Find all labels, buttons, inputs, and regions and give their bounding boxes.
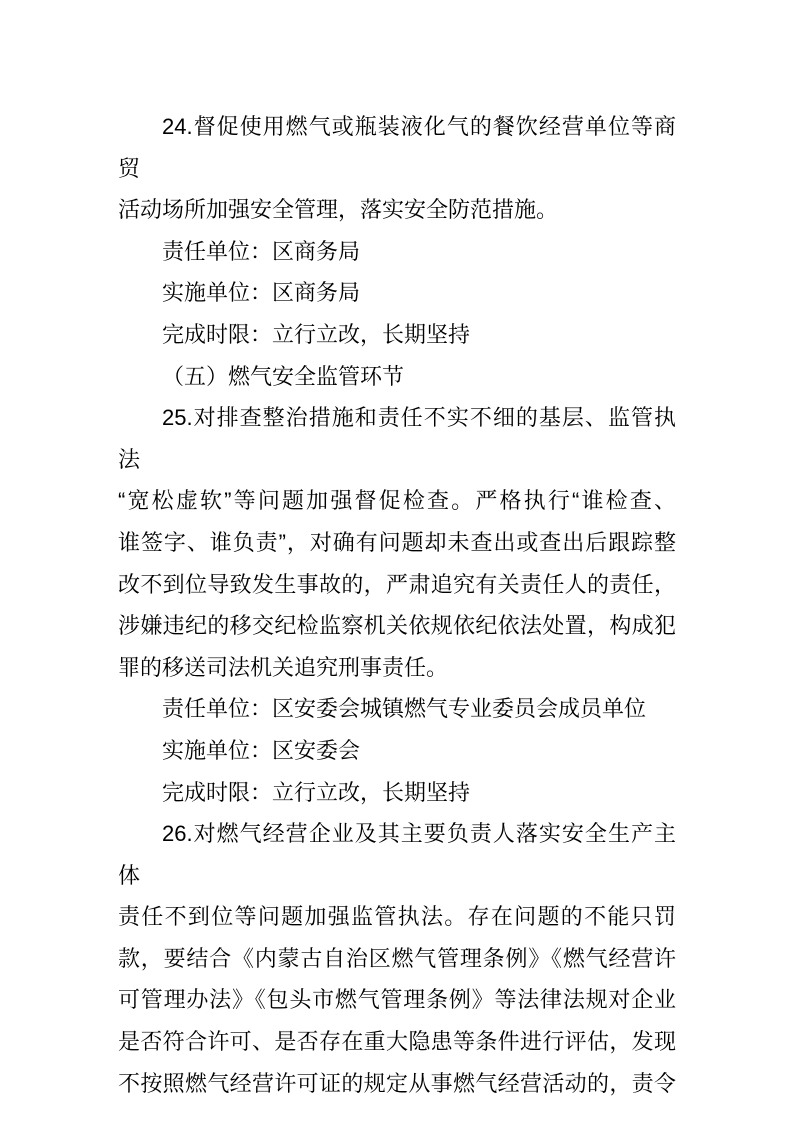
item-24-deadline: 完成时限：立行立改，长期坚持 bbox=[118, 314, 676, 356]
item-24-responsible-unit: 责任单位：区商务局 bbox=[118, 231, 676, 273]
item-25-line-5: 涉嫌违纪的移交纪检监察机关依规依纪依法处置，构成犯 bbox=[118, 605, 676, 647]
item-26-line-2: 责任不到位等问题加强监管执法。存在问题的不能只罚 bbox=[118, 896, 676, 938]
item-25-deadline: 完成时限：立行立改，长期坚持 bbox=[118, 772, 676, 814]
item-25-line-4: 改不到位导致发生事故的，严肃追究有关责任人的责任， bbox=[118, 564, 676, 606]
item-24-implementing-unit: 实施单位：区商务局 bbox=[118, 272, 676, 314]
item-25-line-6: 罪的移送司法机关追究刑事责任。 bbox=[118, 647, 676, 689]
section-5-heading: （五）燃气安全监管环节 bbox=[118, 356, 676, 398]
item-26-line-6: 不按照燃气经营许可证的规定从事燃气经营活动的，责令 bbox=[118, 1063, 676, 1105]
item-25-line-1: 25.对排查整治措施和责任不实不细的基层、监管执法 bbox=[118, 397, 676, 480]
document-page: 24.督促使用燃气或瓶装液化气的餐饮经营单位等商贸 活动场所加强安全管理，落实安… bbox=[0, 0, 793, 1122]
item-24-line-2: 活动场所加强安全管理，落实安全防范措施。 bbox=[118, 189, 676, 231]
item-24-line-1: 24.督促使用燃气或瓶装液化气的餐饮经营单位等商贸 bbox=[118, 106, 676, 189]
item-26-line-3: 款，要结合《内蒙古自治区燃气管理条例》《燃气经营许 bbox=[118, 938, 676, 980]
document-text-block: 24.督促使用燃气或瓶装液化气的餐饮经营单位等商贸 活动场所加强安全管理，落实安… bbox=[118, 106, 676, 1104]
item-25-implementing-unit: 实施单位：区安委会 bbox=[118, 730, 676, 772]
item-26-line-5: 是否符合许可、是否存在重大隐患等条件进行评估，发现 bbox=[118, 1021, 676, 1063]
item-25-responsible-unit: 责任单位：区安委会城镇燃气专业委员会成员单位 bbox=[118, 688, 676, 730]
item-25-line-3: 谁签字、谁负责”，对确有问题却未查出或查出后跟踪整 bbox=[118, 522, 676, 564]
item-25-line-2: “宽松虚软”等问题加强督促检查。严格执行“谁检查、 bbox=[118, 480, 676, 522]
item-26-line-4: 可管理办法》《包头市燃气管理条例》等法律法规对企业 bbox=[118, 979, 676, 1021]
item-26-line-1: 26.对燃气经营企业及其主要负责人落实安全生产主体 bbox=[118, 813, 676, 896]
